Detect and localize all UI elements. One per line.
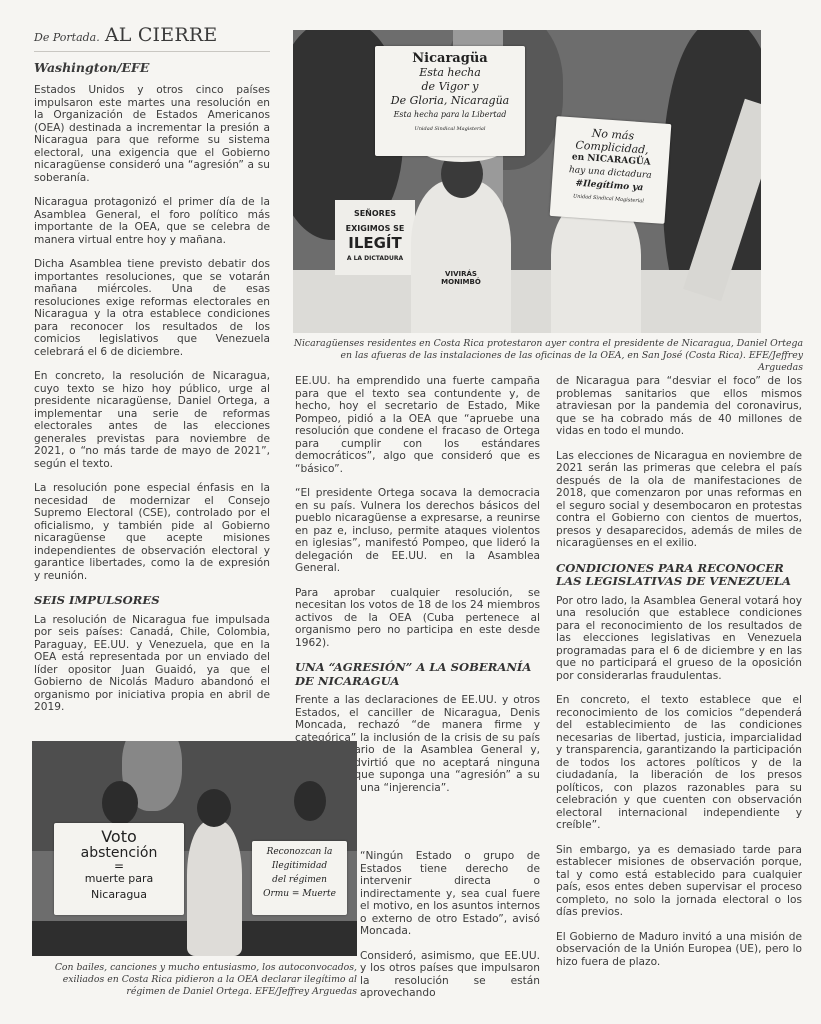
newspaper-page: De Portada. AL CIERRE Washington/EFE Est… [0, 0, 821, 1024]
protest-banner: SEÑORES EXIGIMOS SE ILEGÍT A LA DICTADUR… [335, 200, 415, 275]
protester-center [187, 821, 242, 956]
paragraph: EE.UU. ha emprendido una fuerte campaña … [295, 375, 540, 475]
subhead: SEIS IMPULSORES [34, 594, 270, 608]
protest-photo-top: SEÑORES EXIGIMOS SE ILEGÍT A LA DICTADUR… [293, 30, 761, 333]
article-column-2: EE.UU. ha emprendido una fuerte campaña … [295, 375, 540, 796]
protest-photo-bottom: Voto abstención = muerte para Nicaragua … [32, 741, 357, 956]
sign-line: Unidad Sindical Magisterial [375, 122, 525, 136]
photo-caption-bottom: Con bailes, canciones y mucho entusiasmo… [32, 962, 357, 998]
paragraph: Consideró, asimismo, que EE.UU. y los ot… [360, 950, 540, 1000]
sign-line: De Gloria, Nicaragüa [375, 94, 525, 108]
banner-line: ILEGÍT [335, 236, 415, 251]
sign-line: Reconozcan la [252, 845, 347, 859]
paragraph: Las elecciones de Nicaragua en noviembre… [556, 450, 802, 550]
paragraph: de Nicaragua para “desviar el foco” de l… [556, 375, 802, 438]
dateline: Washington/EFE [34, 60, 149, 75]
sign-line: Esta hecha para la Libertad [375, 108, 525, 122]
paragraph: Nicaragua protagonizó el primer día de l… [34, 196, 270, 246]
paragraph: “El presidente Ortega socava la democrac… [295, 487, 540, 575]
protest-sign-no-mas: No más Complicidad, en NICARAGÜA hay una… [550, 116, 672, 224]
paragraph: “Ningún Estado o grupo de Estados tiene … [360, 850, 540, 938]
shirt-text: MONIMBÓ [435, 278, 487, 286]
article-column-2-wrap: “Ningún Estado o grupo de Estados tiene … [360, 850, 540, 1012]
paragraph: En concreto, la resolución de Nicaragua,… [34, 370, 270, 470]
shirt-text: VIVIRÁS [435, 270, 487, 278]
sign-line: Ilegitimidad [252, 859, 347, 873]
sign-line: Esta hecha [375, 66, 525, 80]
protest-sign-nicaragua: Nicaragüa Esta hecha de Vigor y De Glori… [375, 46, 525, 156]
sign-line: = [54, 861, 184, 871]
sign-line: Voto [54, 829, 184, 845]
protester-left: VIVIRÁS MONIMBÓ [411, 180, 511, 333]
section-kicker: De Portada. [34, 31, 100, 44]
protester-head [197, 789, 231, 827]
sign-line: del régimen [252, 873, 347, 887]
banner-line: A LA DICTADURA [335, 251, 415, 266]
paragraph: El Gobierno de Maduro invitó a una misió… [556, 931, 802, 969]
article-column-1: Estados Unidos y otros cinco países impu… [34, 84, 270, 726]
article-column-3: de Nicaragua para “desviar el foco” de l… [556, 375, 802, 980]
paragraph: En concreto, el texto establece que el r… [556, 694, 802, 832]
paragraph: La resolución de Nicaragua fue impulsada… [34, 614, 270, 714]
paragraph: Por otro lado, la Asamblea General votar… [556, 595, 802, 683]
section-header: De Portada. AL CIERRE [34, 24, 270, 52]
protest-sign-reconozcan: Reconozcan la Ilegitimidad del régimen O… [252, 841, 347, 915]
subhead: CONDICIONES PARA RECONOCER LAS LEGISLATI… [556, 562, 802, 589]
sign-line: de Vigor y [375, 80, 525, 94]
paragraph: Sin embargo, ya es demasiado tarde para … [556, 844, 802, 919]
sign-line: muerte para [54, 871, 184, 887]
sign-line: Ormu = Muerte [252, 887, 347, 901]
section-title: AL CIERRE [105, 24, 218, 46]
sign-line: Nicaragua [54, 887, 184, 903]
protester-head [294, 781, 326, 821]
sign-line: Nicaragüa [375, 52, 525, 66]
paragraph: Para aprobar cualquier resolución, se ne… [295, 587, 540, 650]
protest-sign-voto: Voto abstención = muerte para Nicaragua [54, 823, 184, 915]
paragraph: La resolución pone especial énfasis en l… [34, 482, 270, 582]
paragraph: Dicha Asamblea tiene previsto debatir do… [34, 258, 270, 358]
paragraph: Estados Unidos y otros cinco países impu… [34, 84, 270, 184]
subhead: UNA “AGRESIÓN” A LA SOBERANÍA DE NICARAG… [295, 661, 540, 688]
banner-line: SEÑORES [335, 206, 415, 221]
protester-head [102, 781, 138, 825]
photo-caption-top: Nicaragüenses residentes en Costa Rica p… [293, 338, 803, 374]
